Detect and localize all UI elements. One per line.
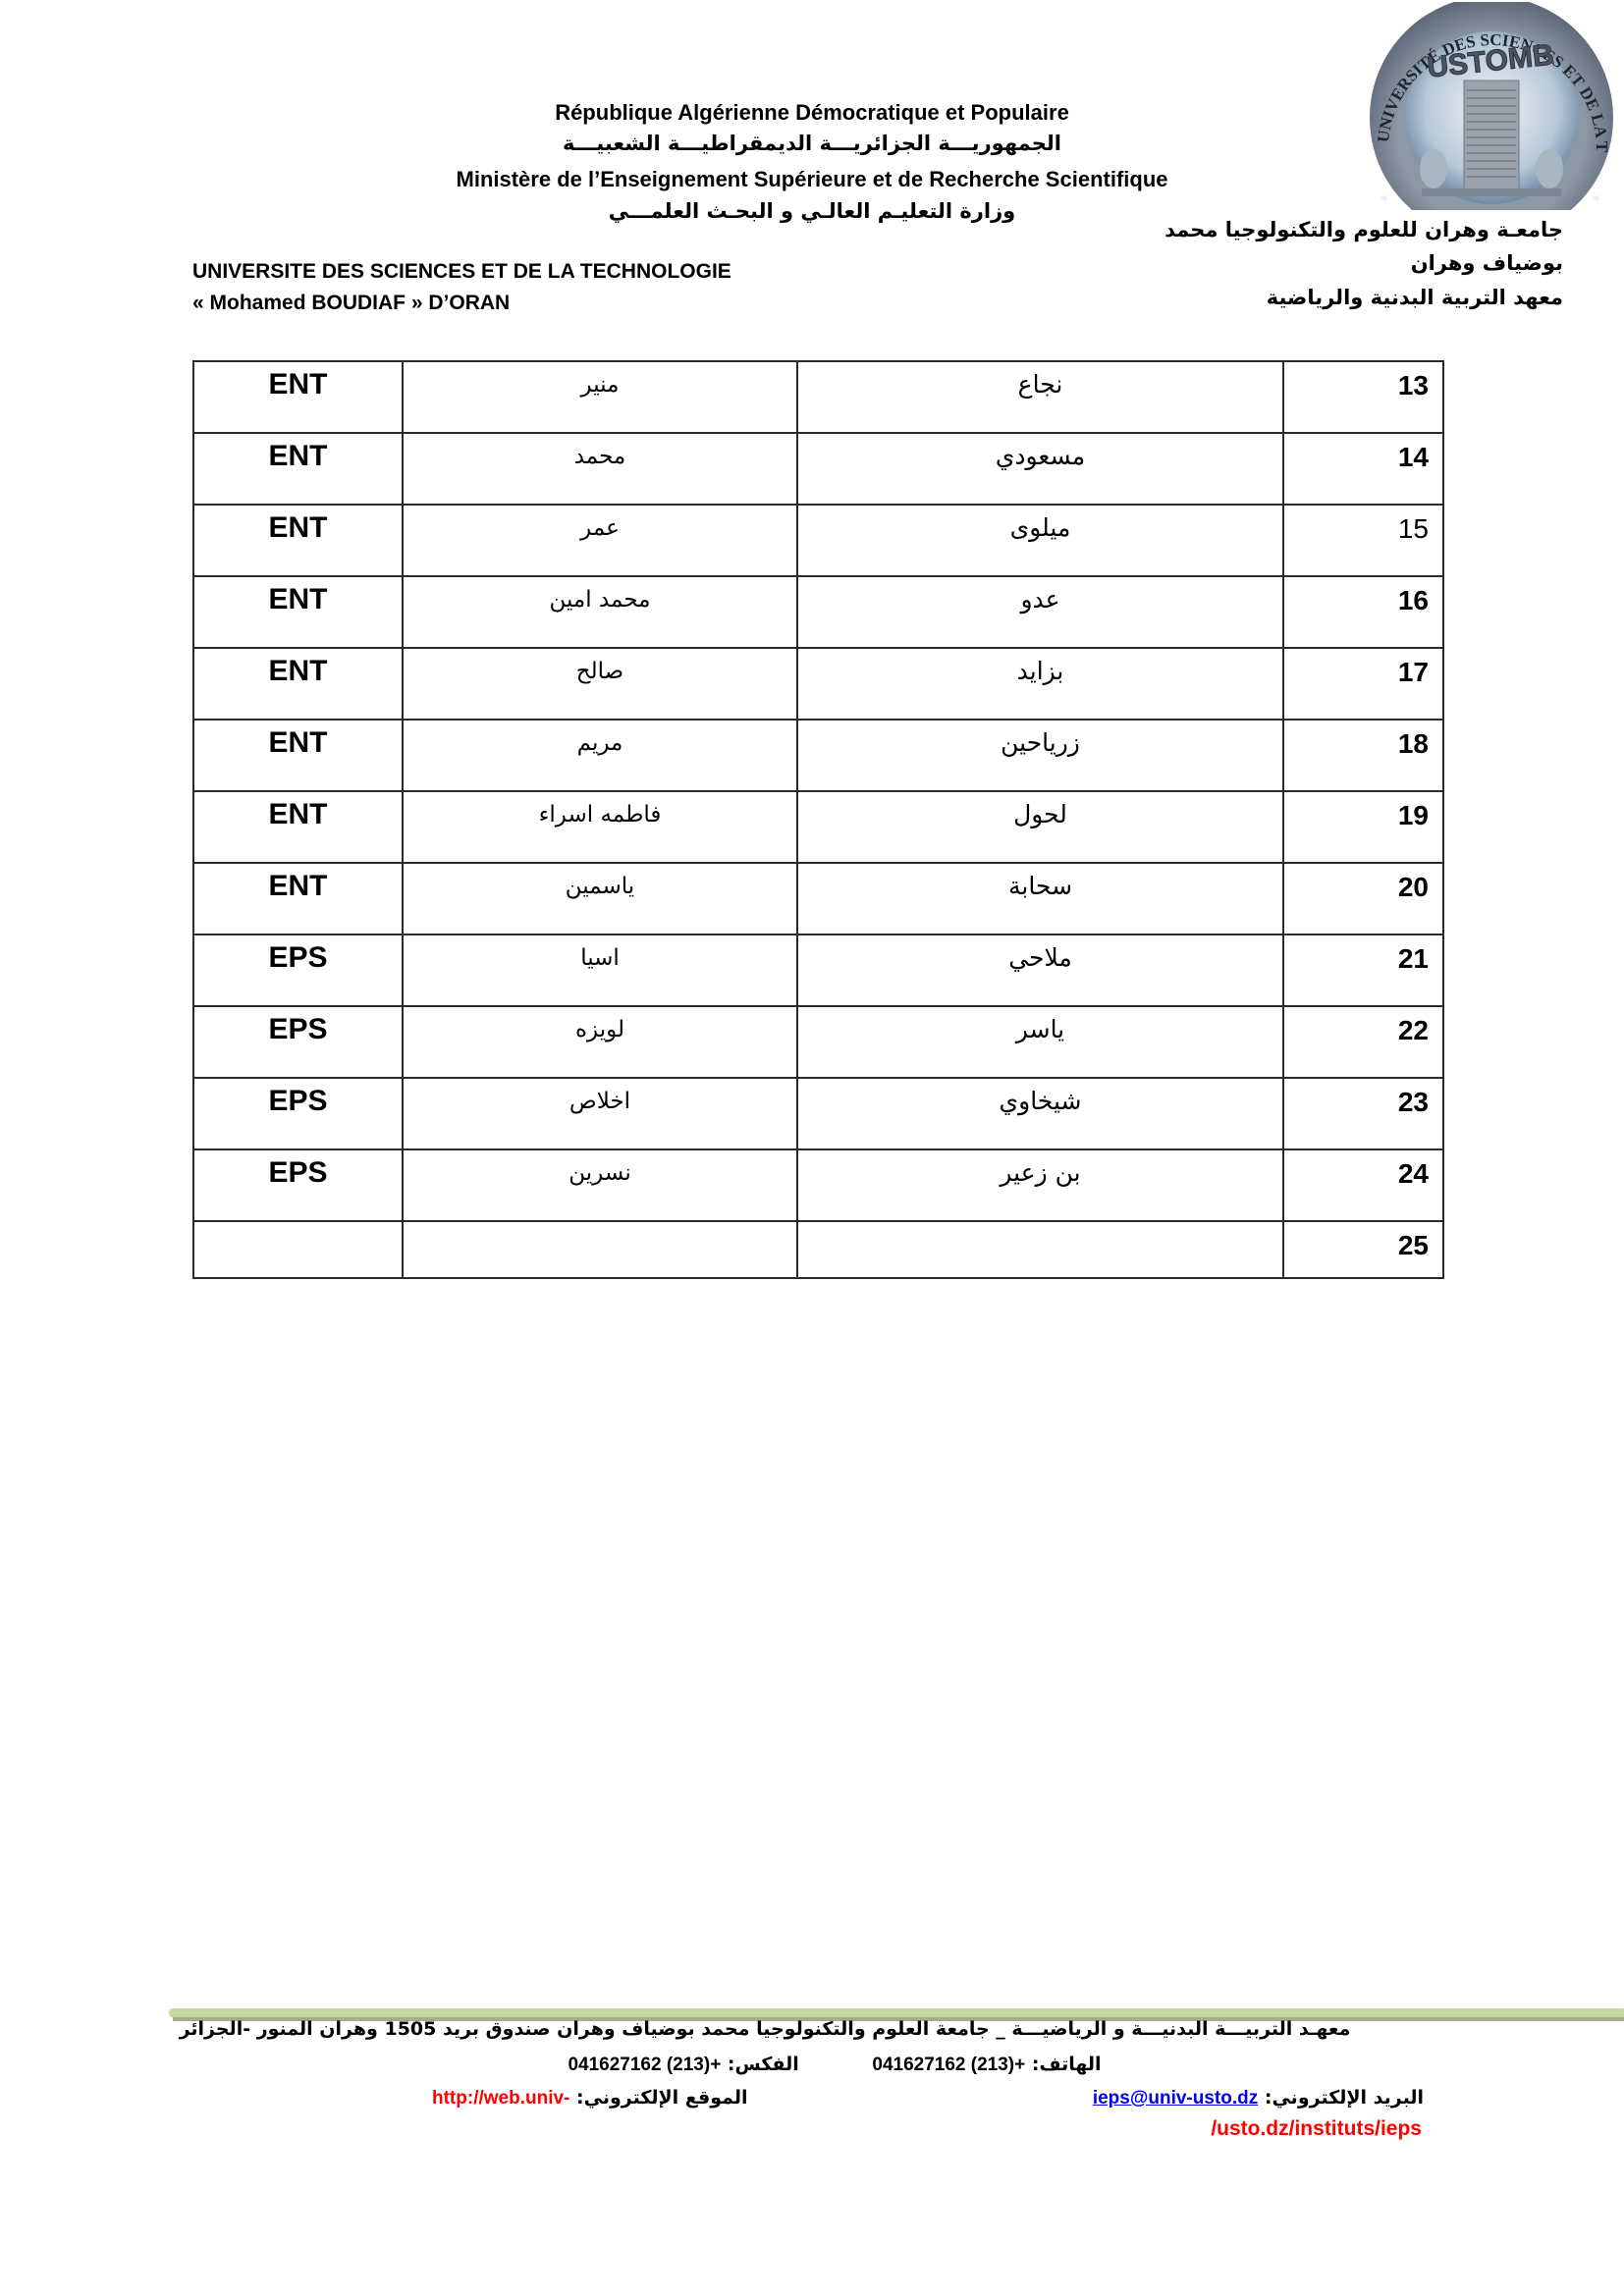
- cell-first-name: عمر: [403, 505, 797, 576]
- cell-number: 24: [1283, 1149, 1443, 1221]
- table-row: ENT محمد مسعودي 14: [193, 433, 1443, 505]
- cell-first-name: ياسمين: [403, 863, 797, 934]
- cell-first-name: فاطمه اسراء: [403, 791, 797, 863]
- cell-last-name: نجاع: [797, 361, 1283, 433]
- cell-type: ENT: [193, 361, 403, 433]
- cell-last-name: لحول: [797, 791, 1283, 863]
- cell-type: EPS: [193, 934, 403, 1006]
- cell-first-name: لويزه: [403, 1006, 797, 1078]
- cell-first-name: اخلاص: [403, 1078, 797, 1149]
- cell-type: ENT: [193, 863, 403, 934]
- svg-text:✶: ✶: [1591, 190, 1602, 206]
- table-row: ENT عمر ميلوى 15: [193, 505, 1443, 576]
- cell-number: 22: [1283, 1006, 1443, 1078]
- footer-email: البريد الإلكتروني: ieps@univ-usto.dz: [1093, 2087, 1424, 2109]
- phone-label: الهاتف:: [1032, 2054, 1102, 2075]
- cell-first-name: [403, 1221, 797, 1278]
- cell-last-name: مسعودي: [797, 433, 1283, 505]
- footer-divider: [169, 2008, 1624, 2017]
- university-name-fr-line2: « Mohamed BOUDIAF » D’ORAN: [192, 292, 510, 315]
- cell-type: [193, 1221, 403, 1278]
- table-row: ENT محمد امين عدو 16: [193, 576, 1443, 648]
- svg-text:✶: ✶: [1379, 190, 1390, 206]
- university-name-fr-line1: UNIVERSITE DES SCIENCES ET DE LA TECHNOL…: [192, 260, 731, 284]
- student-roster-table: ENT منير نجاع 13 ENT محمد مسعودي 14 ENT …: [192, 360, 1444, 1279]
- table-row: ENT ياسمين سحابة 20: [193, 863, 1443, 934]
- table-row: EPS اخلاص شيخاوي 23: [193, 1078, 1443, 1149]
- website-link-part1[interactable]: http://web.univ-: [432, 2088, 569, 2109]
- cell-number: 19: [1283, 791, 1443, 863]
- cell-number: 23: [1283, 1078, 1443, 1149]
- table-row: EPS لويزه ياسر 22: [193, 1006, 1443, 1078]
- logo-emblem-icon: UNIVERSITÉ DES SCIENCES ET DE LA TECHNOL…: [1363, 2, 1620, 210]
- cell-first-name: منير: [403, 361, 797, 433]
- usto-logo: UNIVERSITÉ DES SCIENCES ET DE LA TECHNOL…: [1363, 2, 1620, 210]
- email-label: البريد الإلكتروني:: [1265, 2087, 1424, 2109]
- cell-first-name: نسرين: [403, 1149, 797, 1221]
- cell-type: ENT: [193, 648, 403, 720]
- cell-number: 14: [1283, 433, 1443, 505]
- cell-number: 21: [1283, 934, 1443, 1006]
- table-row: EPS نسرين بن زعير 24: [193, 1149, 1443, 1221]
- header-republic-fr: République Algérienne Démocratique et Po…: [226, 100, 1398, 126]
- cell-last-name: زرياحين: [797, 720, 1283, 791]
- cell-number: 25: [1283, 1221, 1443, 1278]
- cell-type: ENT: [193, 720, 403, 791]
- cell-last-name: [797, 1221, 1283, 1278]
- cell-type: EPS: [193, 1149, 403, 1221]
- cell-type: EPS: [193, 1006, 403, 1078]
- fax-label: الفكس:: [728, 2054, 799, 2075]
- footer-contact: البريد الإلكتروني: ieps@univ-usto.dz الم…: [422, 2087, 1424, 2116]
- university-name-ar-line1: جامعـة وهران للعلوم والتكنولوجيا محمد: [1164, 218, 1563, 241]
- website-label: الموقع الإلكتروني:: [576, 2087, 748, 2109]
- table-row: ENT فاطمه اسراء لحول 19: [193, 791, 1443, 863]
- cell-number: 17: [1283, 648, 1443, 720]
- cell-last-name: شيخاوي: [797, 1078, 1283, 1149]
- university-name-ar-line2: بوضياف وهران: [1411, 251, 1563, 275]
- cell-first-name: محمد امين: [403, 576, 797, 648]
- cell-type: ENT: [193, 433, 403, 505]
- table-row: ENT منير نجاع 13: [193, 361, 1443, 433]
- header-ministry-fr: Ministère de l’Enseignement Supérieure e…: [226, 167, 1398, 192]
- cell-first-name: محمد: [403, 433, 797, 505]
- table-row: ENT صالح بزايد 17: [193, 648, 1443, 720]
- fax-number: 041627162 (213)+: [568, 2055, 721, 2076]
- cell-first-name: اسيا: [403, 934, 797, 1006]
- cell-last-name: ملاحي: [797, 934, 1283, 1006]
- cell-number: 13: [1283, 361, 1443, 433]
- cell-type: ENT: [193, 791, 403, 863]
- cell-last-name: بزايد: [797, 648, 1283, 720]
- cell-number: 18: [1283, 720, 1443, 791]
- cell-last-name: عدو: [797, 576, 1283, 648]
- cell-number: 16: [1283, 576, 1443, 648]
- cell-first-name: صالح: [403, 648, 797, 720]
- cell-last-name: ياسر: [797, 1006, 1283, 1078]
- cell-first-name: مريم: [403, 720, 797, 791]
- cell-last-name: سحابة: [797, 863, 1283, 934]
- header-republic-ar: الجمهوريـــة الجزائريـــة الديمقراطيـــة…: [226, 132, 1398, 155]
- footer-phone: الهاتف: 041627162 (213)+: [872, 2054, 1101, 2076]
- cell-type: ENT: [193, 505, 403, 576]
- footer-fax: الفكس: 041627162 (213)+: [568, 2054, 798, 2076]
- cell-type: ENT: [193, 576, 403, 648]
- cell-type: EPS: [193, 1078, 403, 1149]
- table-row: 25: [193, 1221, 1443, 1278]
- table-row: ENT مريم زرياحين 18: [193, 720, 1443, 791]
- cell-number: 20: [1283, 863, 1443, 934]
- cell-last-name: بن زعير: [797, 1149, 1283, 1221]
- cell-number: 15: [1283, 505, 1443, 576]
- institute-name-ar: معهد التربية البدنية والرياضية: [1267, 286, 1563, 309]
- phone-number: 041627162 (213)+: [872, 2055, 1025, 2076]
- table-row: EPS اسيا ملاحي 21: [193, 934, 1443, 1006]
- footer-phones: الهاتف: 041627162 (213)+ الفكس: 04162716…: [491, 2054, 1178, 2076]
- email-link[interactable]: ieps@univ-usto.dz: [1093, 2088, 1258, 2109]
- footer-address: معهـد التربيـــة البدنيـــة و الرياضيـــ…: [151, 2018, 1379, 2040]
- footer-website: الموقع الإلكتروني: http://web.univ-: [432, 2087, 748, 2109]
- website-link-part2[interactable]: /usto.dz/instituts/ieps: [1211, 2117, 1422, 2141]
- cell-last-name: ميلوى: [797, 505, 1283, 576]
